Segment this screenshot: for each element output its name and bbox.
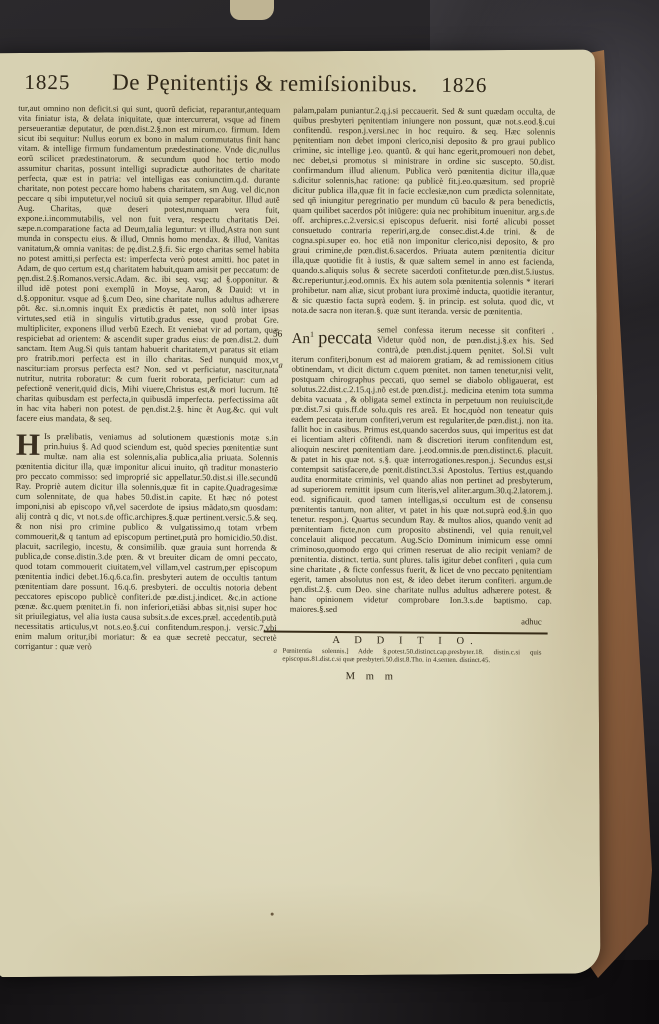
left-column-paragraph-1: tur,aut omnino non deficit.si qui sunt, … [16, 103, 280, 425]
section-heading: 56An1 peccata [292, 324, 378, 346]
additio-title: A D D I T I O. [264, 636, 548, 648]
page-title: De Pęnitentijs & remiſsionibus. [94, 69, 435, 97]
additio-note-text: Pœnitentia solennis.] Adde §.potest.50.d… [282, 648, 541, 667]
additio-marker: a [273, 648, 282, 665]
signature-mark: M m m [341, 672, 401, 682]
section-word-an: An [292, 331, 310, 347]
gutter-reference-letter: a [278, 360, 282, 370]
folio-left: 1825 [24, 70, 94, 95]
right-column: a palam,palam puniantur.2.q.j.si peccaue… [289, 105, 555, 684]
additio-note: a Pœnitentia solennis.] Adde §.potest.50… [263, 648, 547, 667]
catchword: adhuc [290, 615, 552, 627]
running-head: 1825 De Pęnitentijs & remiſsionibus. 182… [0, 53, 596, 101]
section-superscript: 1 [310, 330, 314, 339]
section-word-peccata: peccata [318, 327, 372, 347]
left-column-paragraph-2-text: Is prælibatis, veniamus ad solutionem qu… [14, 431, 278, 651]
dropcap-H: H [16, 431, 44, 457]
page-tip-behind [230, 0, 274, 20]
book-leaf: 1825 De Pęnitentijs & remiſsionibus. 182… [0, 50, 601, 978]
right-column-paragraph-1: palam,palam puniantur.2.q.j.si peccaueri… [292, 105, 555, 317]
ink-speck [271, 913, 274, 916]
section-body-text: semel confessa iterum necesse sit confit… [290, 324, 554, 614]
left-column-paragraph-2: HIs prælibatis, veniamus ad solutionem q… [14, 431, 278, 653]
left-column: tur,aut omnino non deficit.si qui sunt, … [14, 103, 280, 682]
folio-right: 1826 [435, 73, 525, 99]
section-56: 56An1 peccata semel confessa iterum nece… [290, 324, 554, 616]
section-number: 56 [273, 325, 283, 346]
page-content: 1825 De Pęnitentijs & remiſsionibus. 182… [0, 53, 596, 981]
text-columns: tur,aut omnino non deficit.si qui sunt, … [0, 97, 595, 684]
additio-block: A D D I T I O. a Pœnitentia solennis.] A… [263, 631, 547, 684]
